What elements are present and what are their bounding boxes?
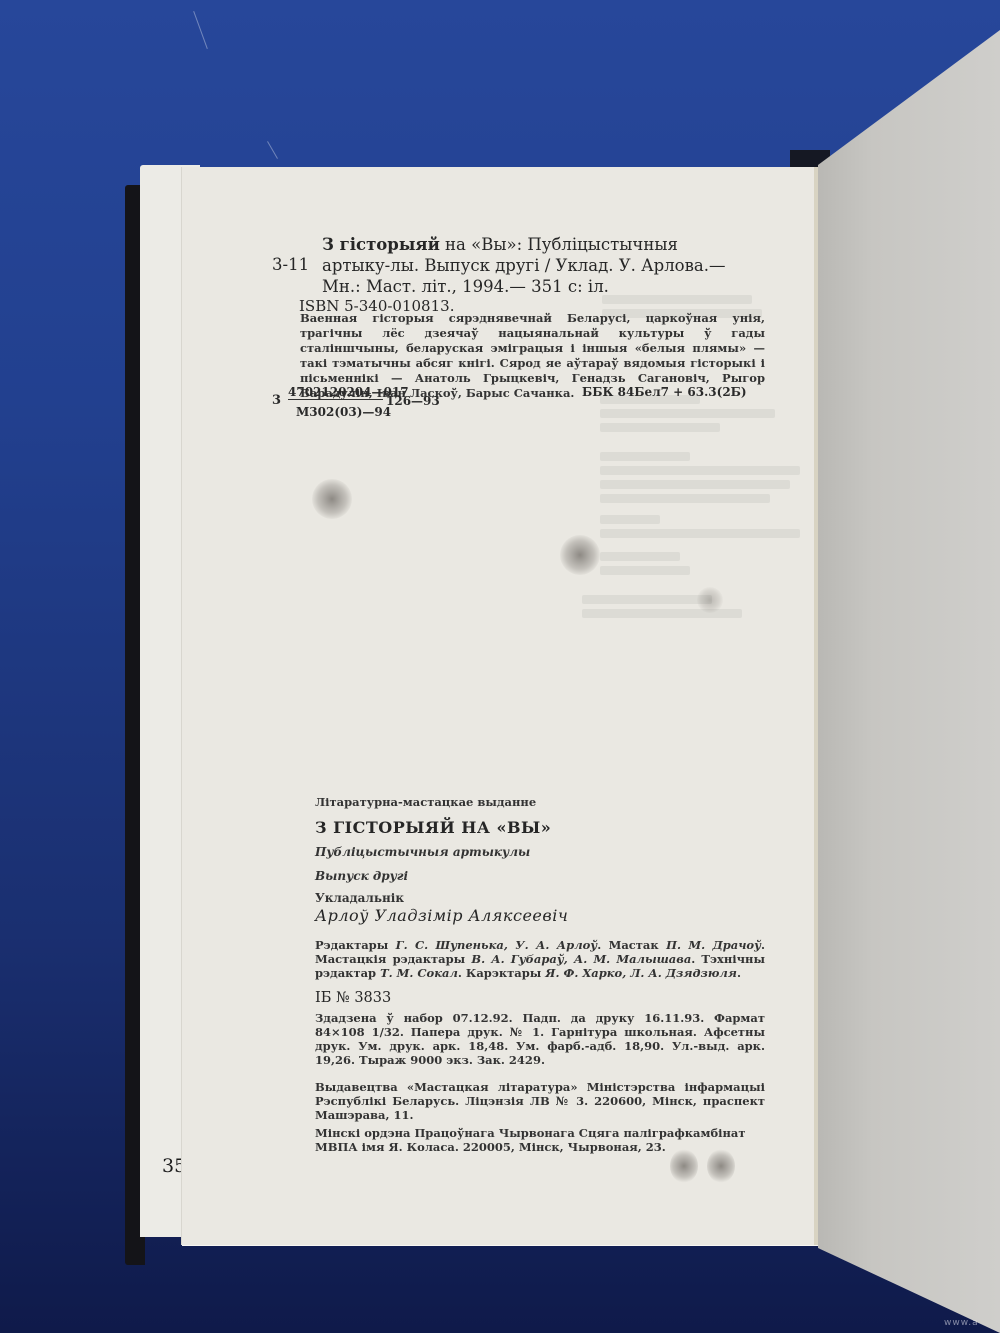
show-through-text xyxy=(600,529,800,538)
catalog-entry: З гісторыяй на «Вы»: Публіцыстычныя арты… xyxy=(322,234,742,297)
artist-name: П. М. Драчоў xyxy=(666,938,761,952)
tech-editor-name: Т. М. Сокал xyxy=(380,966,458,980)
background-scratch xyxy=(267,141,278,159)
classification-denominator: М302(03)—94 xyxy=(296,405,391,419)
background-scratch xyxy=(193,11,208,49)
print-info: Здадзена ў набор 07.12.92. Падп. да друк… xyxy=(315,1011,765,1067)
back-page-number: 35 xyxy=(162,1155,184,1177)
show-through-text xyxy=(600,515,660,524)
show-through-text xyxy=(600,452,690,461)
compiler-name: Арлоў Уладзімір Аляксеевіч xyxy=(315,906,765,925)
ib-number: ІБ № 3833 xyxy=(315,990,765,1006)
proofreaders-names: Я. Ф. Харко, Л. А. Дзядзюля xyxy=(545,966,737,980)
catalog-title-bold: З гісторыяй xyxy=(322,235,440,254)
edition-type: Літаратурна-мастацкае выданне xyxy=(315,795,765,809)
book-subtitle: Публіцыстычныя артыкулы xyxy=(315,845,765,859)
proofreaders-label: . Карэктары xyxy=(458,966,545,980)
show-through-text xyxy=(600,409,775,418)
publisher-info: Выдавецтва «Мастацкая літаратура» Мініст… xyxy=(315,1080,765,1122)
catalog-code: 3-11 xyxy=(272,255,309,274)
issue-label: Выпуск другі xyxy=(315,869,765,883)
editors-label: Рэдактары xyxy=(315,938,396,952)
art-editors-names: В. А. Губараў, А. М. Малышава xyxy=(471,952,691,966)
show-through-text xyxy=(600,566,690,575)
editors-names: Г. С. Шупенька, У. А. Арлоў xyxy=(396,938,598,952)
artist-label: . Мастак xyxy=(597,938,666,952)
classification-suffix: 126—93 xyxy=(386,394,440,408)
stain xyxy=(560,535,600,575)
editors-credits: Рэдактары Г. С. Шупенька, У. А. Арлоў. М… xyxy=(315,938,765,980)
bbk-code: ББК 84Бел7 + 63.3(2Б) xyxy=(582,385,747,399)
show-through-text xyxy=(600,480,790,489)
fraction-rule xyxy=(288,399,383,400)
right-facing-page xyxy=(818,0,1000,1333)
classification-prefix: 3 xyxy=(272,393,281,408)
editors-end: . xyxy=(737,966,741,980)
watermark: www.a xyxy=(944,1318,979,1328)
stain xyxy=(312,479,352,519)
show-through-text xyxy=(582,609,742,618)
stain xyxy=(697,587,723,613)
show-through-text xyxy=(600,466,800,475)
stain xyxy=(670,1149,698,1183)
colophon-page: 3-11 З гісторыяй на «Вы»: Публіцыстычныя… xyxy=(182,167,818,1245)
show-through-text xyxy=(582,595,712,604)
show-through-text xyxy=(600,423,720,432)
show-through-text xyxy=(600,494,770,503)
book-title: З ГІСТОРЫЯЙ НА «ВЫ» xyxy=(315,818,765,837)
compiler-label: Укладальнік xyxy=(315,891,765,905)
stain xyxy=(707,1149,735,1183)
show-through-text xyxy=(600,552,680,561)
printer-info: Мінскі ордэна Працоўнага Чырвонага Сцяга… xyxy=(315,1126,765,1154)
